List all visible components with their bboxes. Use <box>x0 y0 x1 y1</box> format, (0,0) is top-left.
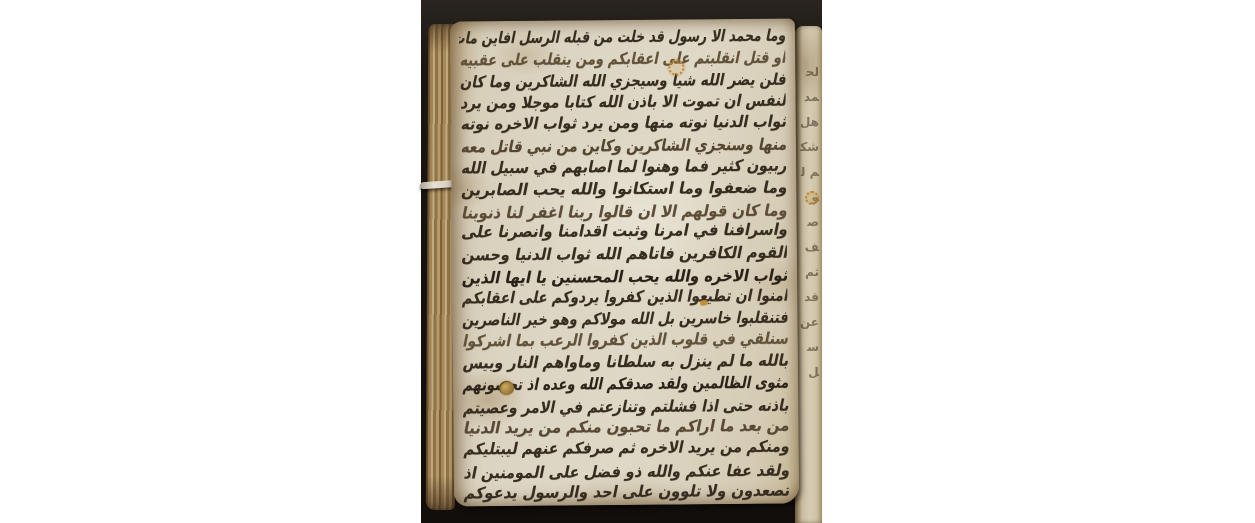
script-line: او قتل انقلبتم على اعقابكم ومن ينقلب على… <box>520 46 788 70</box>
next-folio-edge: لحمد هل شكم لو صف ثم قد عن سل <box>795 26 822 523</box>
script-line: سنلقي في قلوب الذين كفروا الرعب بما اشرك… <box>508 327 789 351</box>
script-line: ثواب الدنيا نوته منها ومن يرد ثواب الاخر… <box>492 110 789 134</box>
script-line: امنوا ان تطيعوا الذين كفروا يردوكم على ا… <box>512 285 789 309</box>
script-line: ومنكم من يريد الاخره ثم صرفكم عنهم ليبتل… <box>500 436 789 460</box>
script-line: تصعدون ولا تلوون على احد والرسول يدعوكم <box>488 480 789 504</box>
script-line: بالله ما لم ينزل به سلطانا وماواهم النار… <box>496 350 789 374</box>
script-line: ربيون كثير فما وهنوا لما اصابهم في سبيل … <box>497 155 789 179</box>
screenshot-canvas: لحمد هل شكم لو صف ثم قد عن سل وما محمد ا… <box>0 0 1255 523</box>
script-text-block: وما محمد الا رسول قد خلت من قبله الرسل ا… <box>459 25 789 505</box>
sliver-script-fragment: لحمد هل شكم لو صف ثم قد عن سل <box>799 60 819 385</box>
script-line: واسرافنا في امرنا وثبت اقدامنا وانصرنا ع… <box>484 219 789 243</box>
script-line: القوم الكافرين فاتاهم الله ثواب الدنيا و… <box>487 241 790 265</box>
gold-rosette-icon <box>668 59 684 75</box>
script-line: مثوى الظالمين ولقد صدقكم الله وعده اذ تح… <box>521 372 790 396</box>
script-line: وما ضعفوا وما استكانوا والله يحب الصابري… <box>476 176 789 200</box>
gold-rosette-icon <box>805 191 819 205</box>
script-line: وما محمد الا رسول قد خلت من قبله الرسل ا… <box>530 25 789 49</box>
gold-rosette-icon <box>499 381 514 395</box>
parchment-page: وما محمد الا رسول قد خلت من قبله الرسل ا… <box>450 19 799 507</box>
manuscript-photo: لحمد هل شكم لو صف ثم قد عن سل وما محمد ا… <box>421 0 822 523</box>
